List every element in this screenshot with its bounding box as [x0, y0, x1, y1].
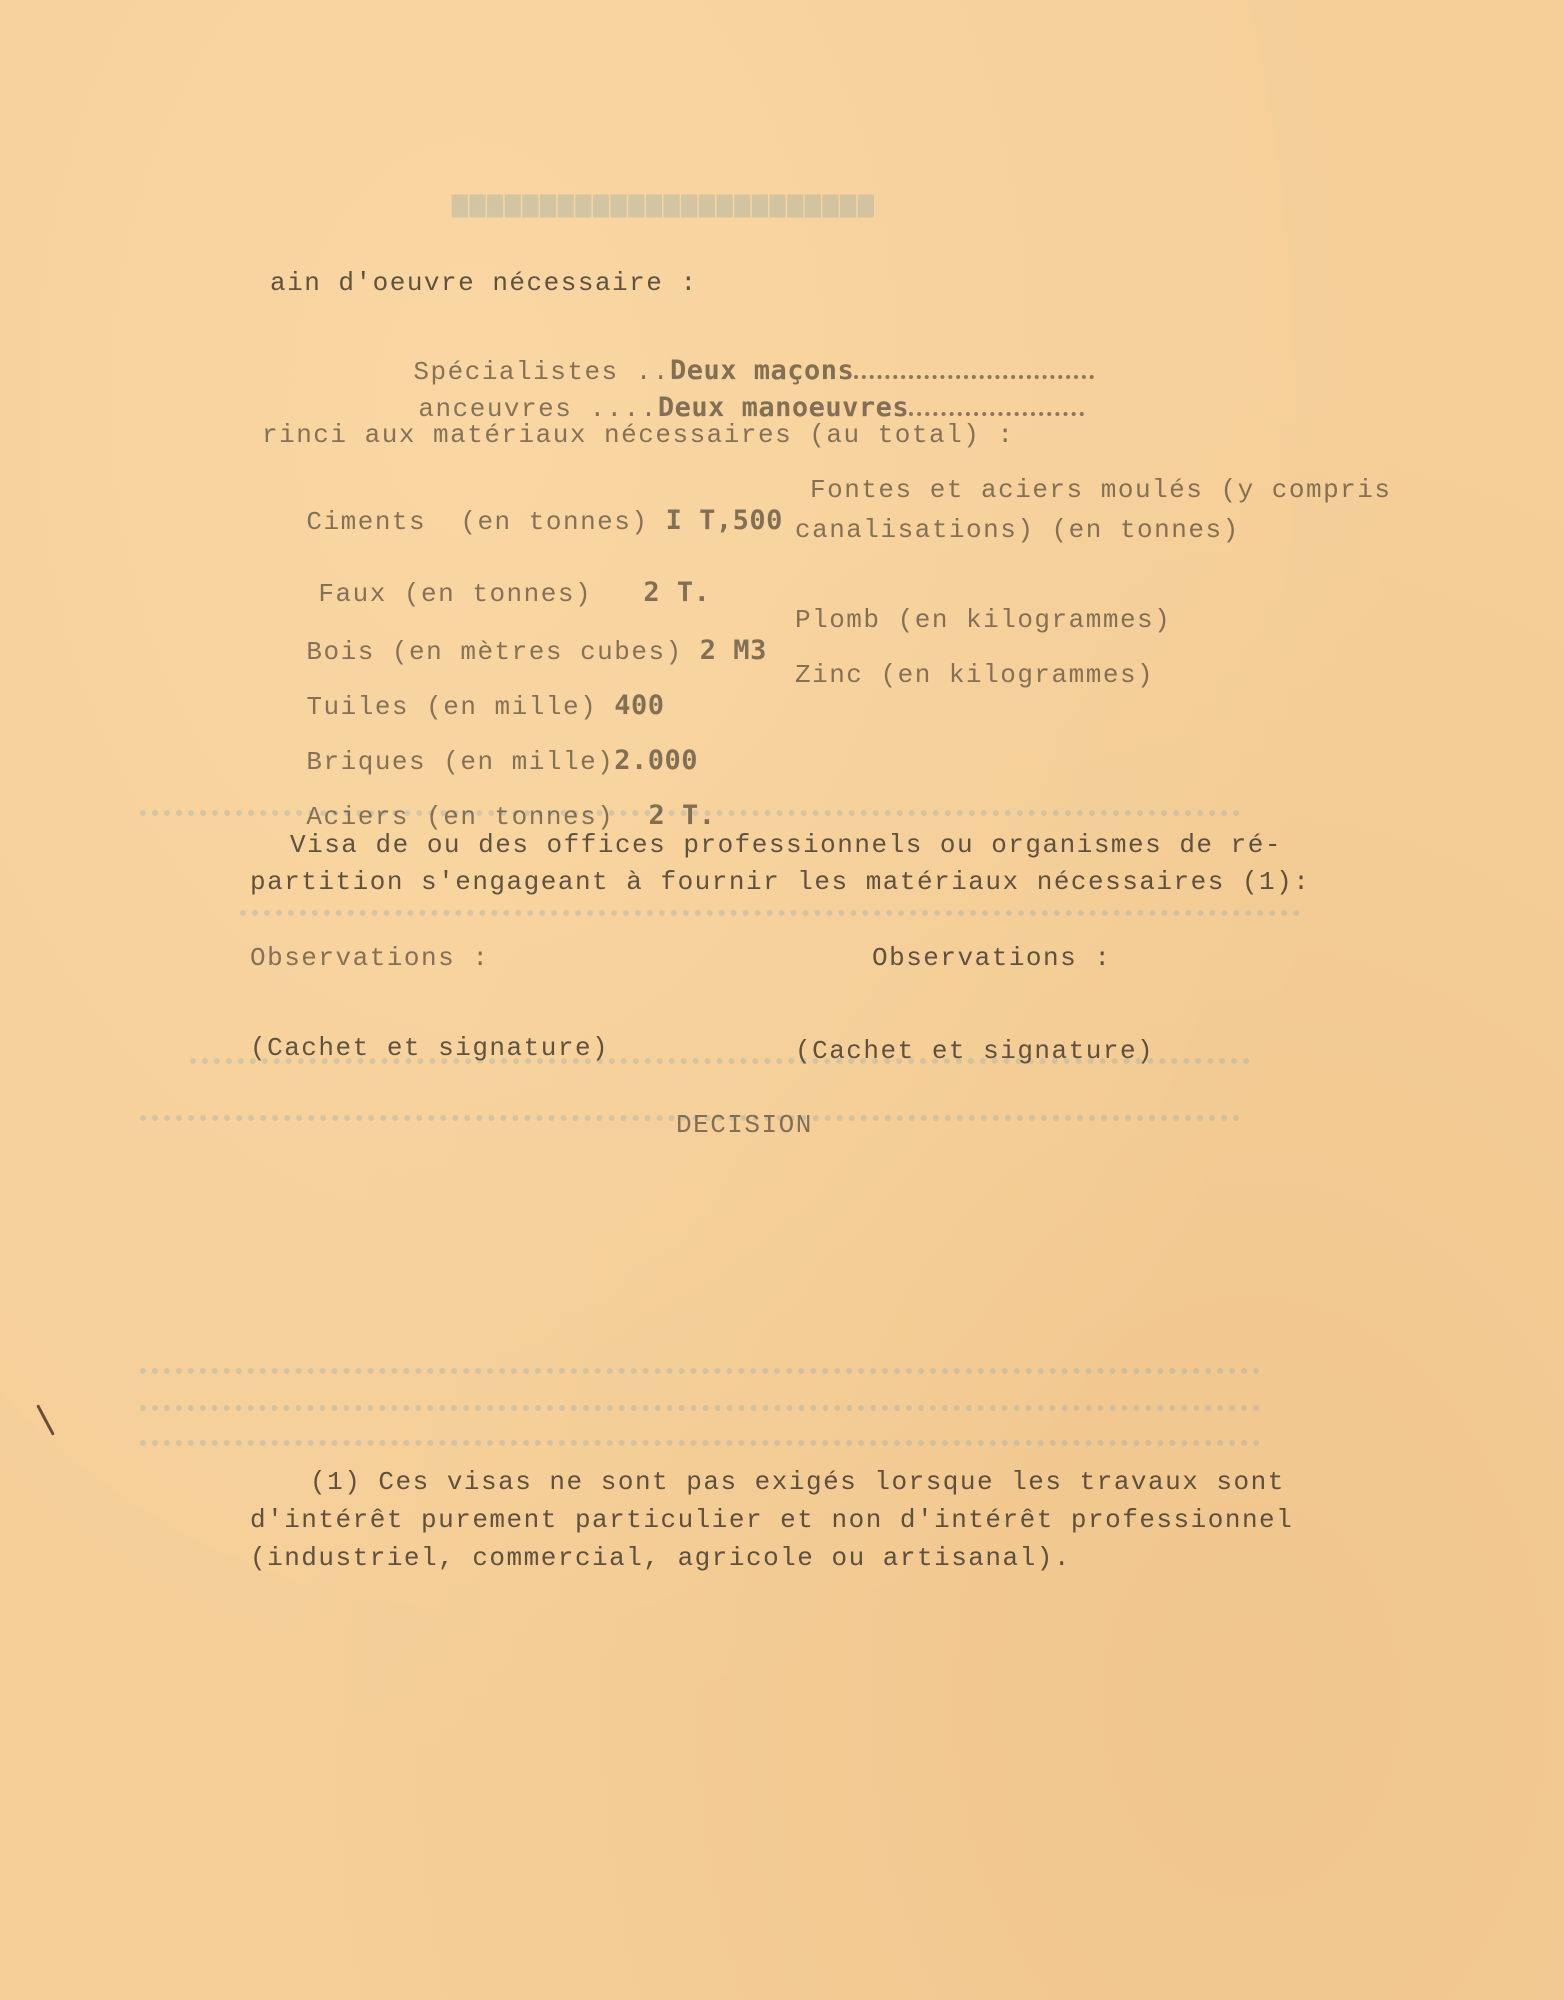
bleed-through-dots [140, 1368, 1260, 1374]
visa-line-1: Visa de ou des offices professionnels ou… [290, 830, 1282, 860]
labor-value: Deux manoeuvres [658, 392, 909, 423]
signature-right-label: (Cachet et signature) [795, 1036, 1154, 1066]
material-value: 2 M3 [700, 635, 767, 666]
material-row-right-cont: canalisations) (en tonnes) [795, 515, 1240, 545]
observations-right-label: Observations : [872, 943, 1111, 973]
observations-left-label: Observations : [250, 943, 489, 973]
bleed-through-dots [240, 910, 1300, 916]
material-label: Ciments (en tonnes) [306, 507, 648, 537]
bleed-through-dots [140, 1440, 1260, 1446]
material-value: 2 T. [649, 800, 716, 831]
dotted-leader [909, 412, 1084, 416]
labor-heading: ain d'oeuvre nécessaire : [270, 268, 698, 298]
material-value: I T,500 [666, 505, 783, 536]
material-row-right: Fontes et aciers moulés (y compris [810, 475, 1392, 505]
material-row-right: Plomb (en kilogrammes) [795, 605, 1171, 635]
document-page: ▆▆▆▆▆▆▆▆▆▆▆▆▆▆▆▆▆▆▆▆▆▆▆▆ ain d'oeuvre né… [0, 0, 1564, 2000]
materials-heading: rinci aux matériaux nécessaires (au tota… [262, 420, 1015, 450]
decision-heading: DECISION [676, 1110, 813, 1140]
bleed-through-dots [140, 1405, 1260, 1411]
signature-left-label: (Cachet et signature) [250, 1033, 609, 1063]
material-label: Aciers (en tonnes) [306, 802, 614, 832]
pen-mark [36, 1404, 55, 1435]
material-row-right: Zinc (en kilogrammes) [795, 660, 1154, 690]
material-value: 2 T. [643, 577, 710, 608]
footnote-line-2: d'intérêt purement particulier et non d'… [250, 1505, 1293, 1535]
footnote-line-1: (1) Ces visas ne sont pas exigés lorsque… [310, 1467, 1285, 1497]
visa-line-2: partition s'engageant à fournir les maté… [250, 867, 1310, 897]
bleed-through-texture: ▆▆▆▆▆▆▆▆▆▆▆▆▆▆▆▆▆▆▆▆▆▆▆▆ [450, 188, 874, 219]
footnote-line-3: (industriel, commercial, agricole ou art… [250, 1543, 1071, 1573]
